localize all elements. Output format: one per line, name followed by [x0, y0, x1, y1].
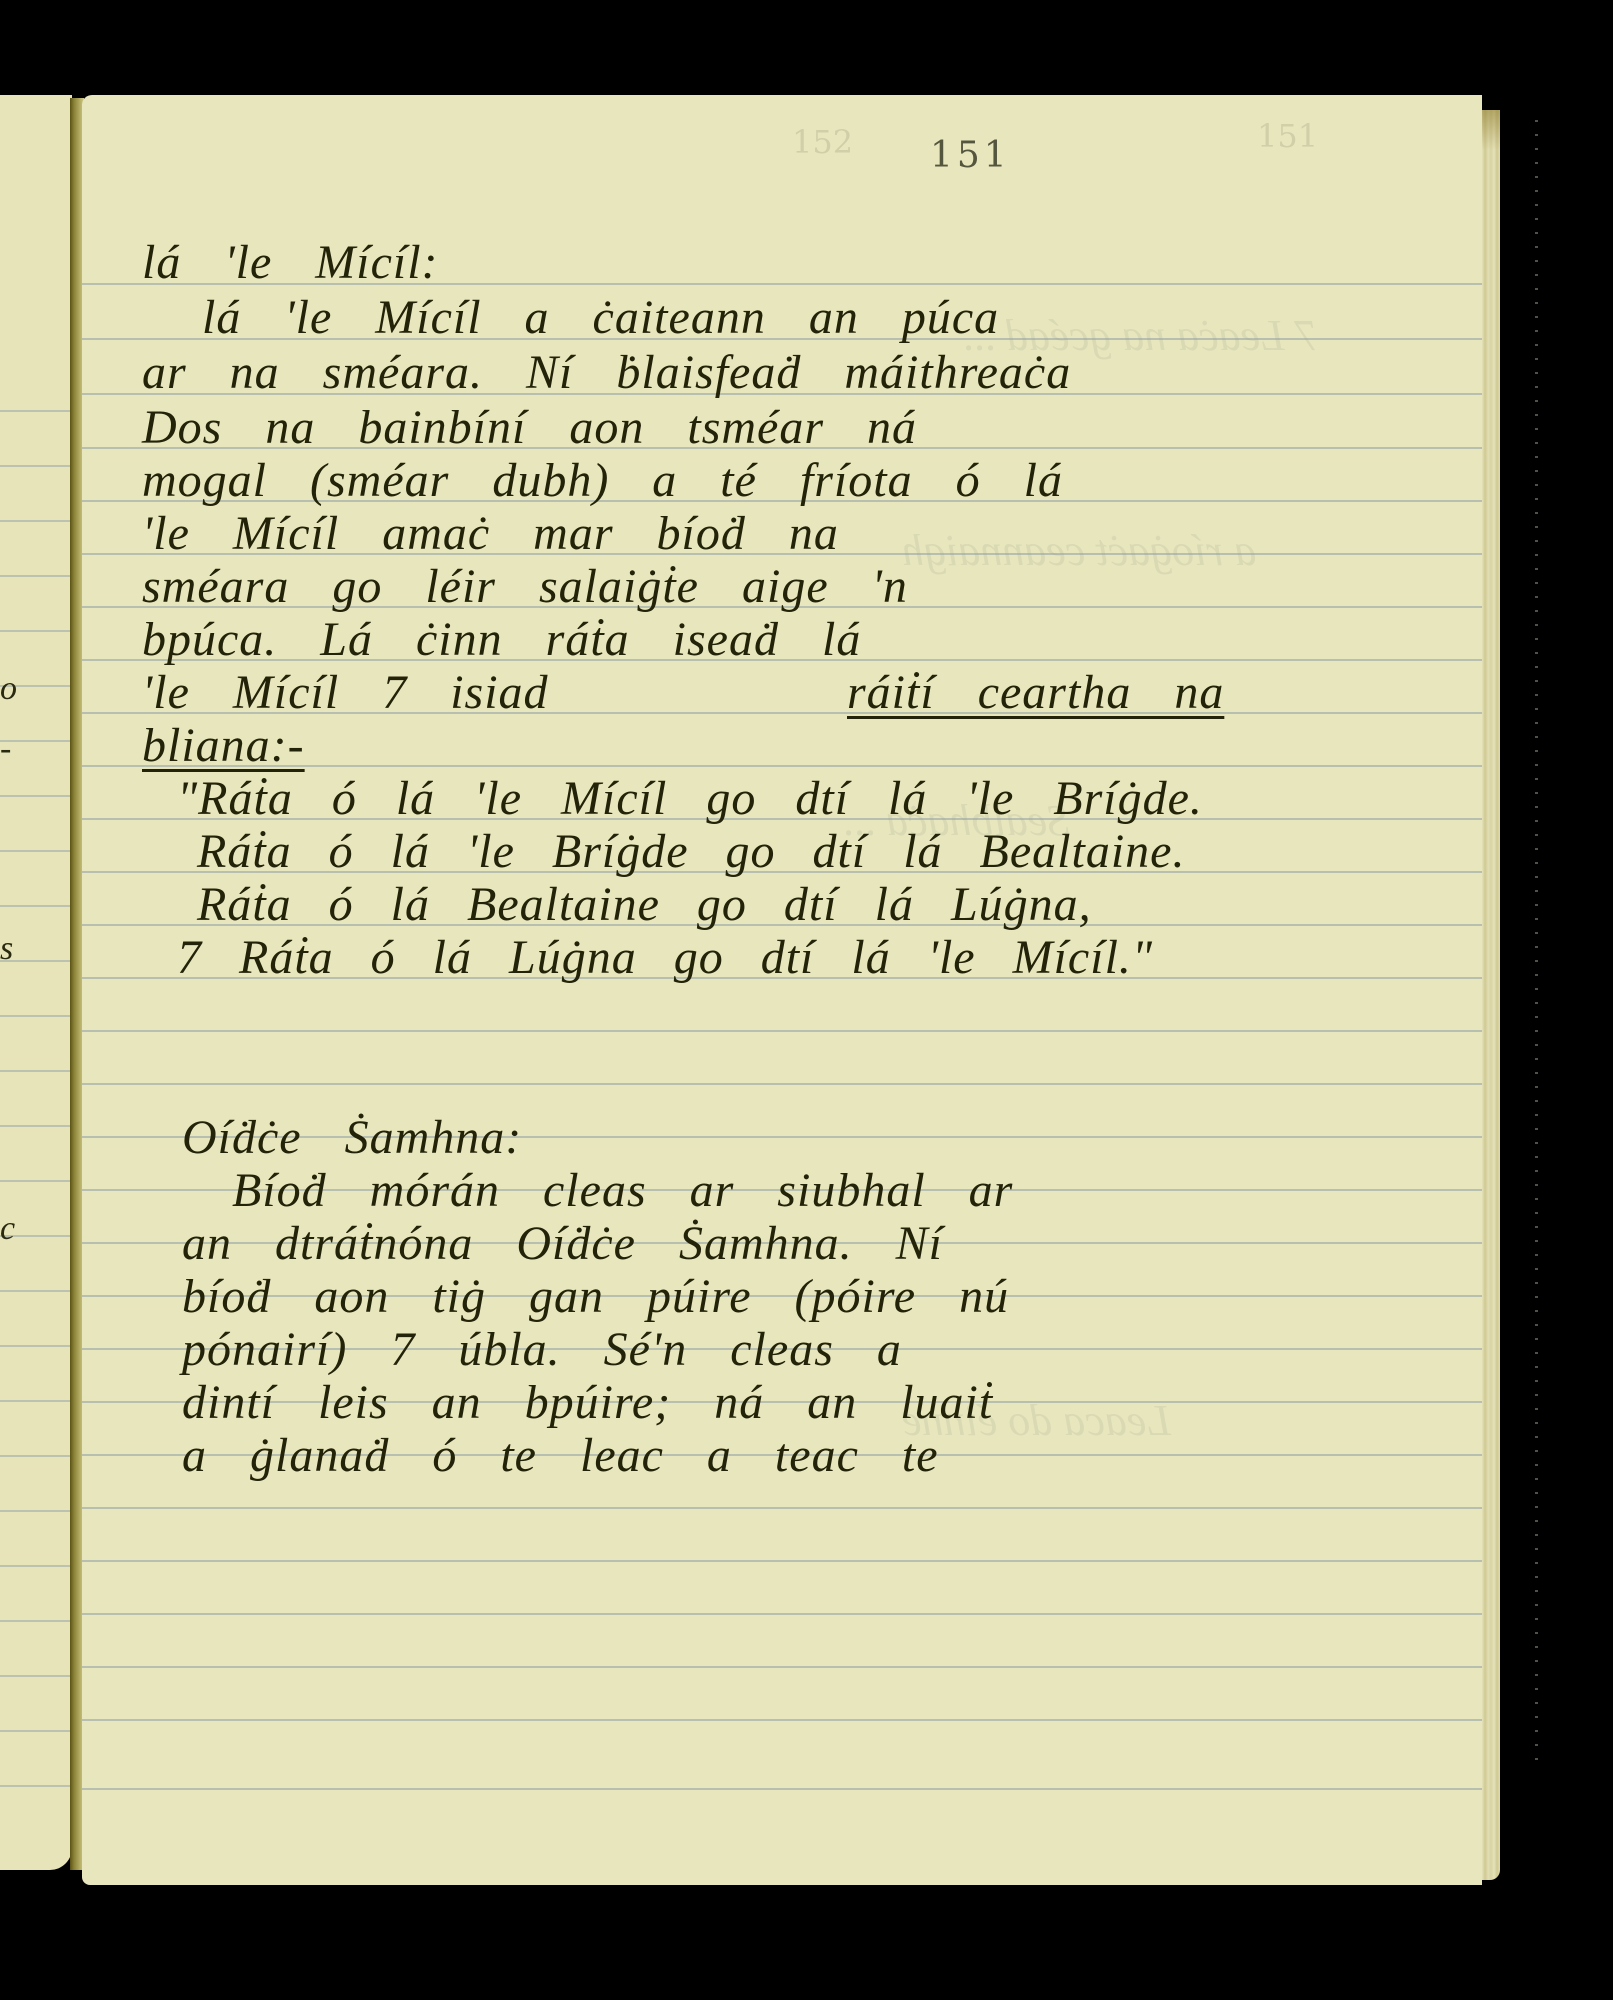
list-item: Ráṫa ó lá Bealtaine go dtí lá Lúġna, — [197, 877, 1092, 932]
ruled-line — [0, 465, 72, 467]
section-heading: lá 'le Mícíl: — [142, 235, 439, 290]
ruled-line — [0, 1620, 72, 1622]
handwritten-line: ar na sméara. Ní ḃlaisfeaḋ máithreaċa — [142, 345, 1071, 400]
binding-stitching — [1535, 120, 1538, 1770]
ruled-line — [0, 1290, 72, 1292]
left-page-mark: - — [0, 730, 11, 768]
page-number: 151 — [930, 135, 1011, 176]
ruled-line — [0, 410, 72, 412]
ruled-line — [82, 1560, 1482, 1562]
underlined-phrase: bliana:- — [142, 718, 305, 773]
notebook-page: 152 151 151 7 Leaċa na gcéad .. — [82, 95, 1482, 1885]
ruled-line — [82, 1030, 1482, 1032]
ruled-line — [0, 1675, 72, 1677]
ruled-line — [0, 1455, 72, 1457]
ruled-line — [0, 1125, 72, 1127]
ruled-line — [0, 1730, 72, 1732]
left-facing-page: o - s c — [0, 95, 72, 1870]
handwritten-line: a ġlanaḋ ó te leac a teac te — [182, 1428, 939, 1483]
section-heading: Oíḋċe Ṡamhna: — [182, 1110, 522, 1165]
left-page-mark: c — [0, 1210, 15, 1248]
ruled-line — [82, 1788, 1482, 1790]
bleed-through-text: a ríoġaċt ceannaigh — [902, 525, 1256, 576]
ruled-line — [0, 630, 72, 632]
list-item: Ráṫa ó lá 'le Bríġde go dtí lá Bealtaine… — [197, 824, 1185, 879]
handwritten-line: Dos na bainbíní aon tsméar ná — [142, 400, 917, 455]
ruled-line — [82, 1083, 1482, 1085]
ruled-line — [0, 575, 72, 577]
handwritten-line: mogal (sméar dubh) a té fríota ó lá — [142, 453, 1063, 508]
ruled-line — [82, 1666, 1482, 1668]
ruled-line — [82, 1613, 1482, 1615]
ruled-line — [0, 1015, 72, 1017]
ruled-line — [0, 850, 72, 852]
handwritten-line: 'le Mícíl 7 isiad — [142, 665, 549, 720]
ruled-line — [0, 1345, 72, 1347]
handwritten-line: pónairí) 7 úbla. Sé'n cleas a — [182, 1322, 902, 1377]
handwritten-line: bíoḋ aon tiġ gan púire (póire nú — [182, 1269, 1009, 1324]
ruled-line — [0, 905, 72, 907]
left-page-mark: o — [0, 670, 17, 708]
handwritten-line: dintí leis an bpúire; ná an luaiṫ — [182, 1375, 993, 1430]
handwritten-line: an dtráṫnóna Oíḋċe Ṡamhna. Ní — [182, 1216, 943, 1271]
list-item: 7 Ráṫa ó lá Lúġna go dtí lá 'le Mícíl." — [177, 930, 1153, 985]
ruled-line — [0, 795, 72, 797]
handwritten-line: 'le Mícíl amaċ mar bíoḋ na — [142, 506, 839, 561]
handwritten-line: sméara go léir salaiġṫe aige 'n — [142, 559, 908, 614]
ruled-line — [0, 1565, 72, 1567]
ghost-page-number: 152 — [792, 123, 853, 161]
list-item: "Ráṫa ó lá 'le Mícíl go dtí lá 'le Bríġd… — [177, 771, 1203, 826]
ruled-line — [0, 1400, 72, 1402]
underlined-phrase: ráiṫí ceartha na — [847, 665, 1224, 720]
scanned-notebook: o - s c 152 151 151 — [0, 0, 1613, 2000]
ruled-line — [0, 1785, 72, 1787]
ruled-line — [0, 1180, 72, 1182]
ruled-line — [0, 1070, 72, 1072]
ghost-page-number: 151 — [1257, 117, 1318, 155]
handwritten-line: Bíoḋ mórán cleas ar siubhal ar — [232, 1163, 1013, 1218]
ruled-line — [82, 1507, 1482, 1509]
handwritten-line: lá 'le Mícíl a ċaiteann an púca — [202, 290, 999, 345]
handwritten-line: bpúca. Lá ċinn ráṫa iseaḋ lá — [142, 612, 861, 667]
ruled-line — [82, 1719, 1482, 1721]
left-page-mark: s — [0, 930, 13, 968]
ruled-line — [0, 520, 72, 522]
ruled-line — [0, 1510, 72, 1512]
